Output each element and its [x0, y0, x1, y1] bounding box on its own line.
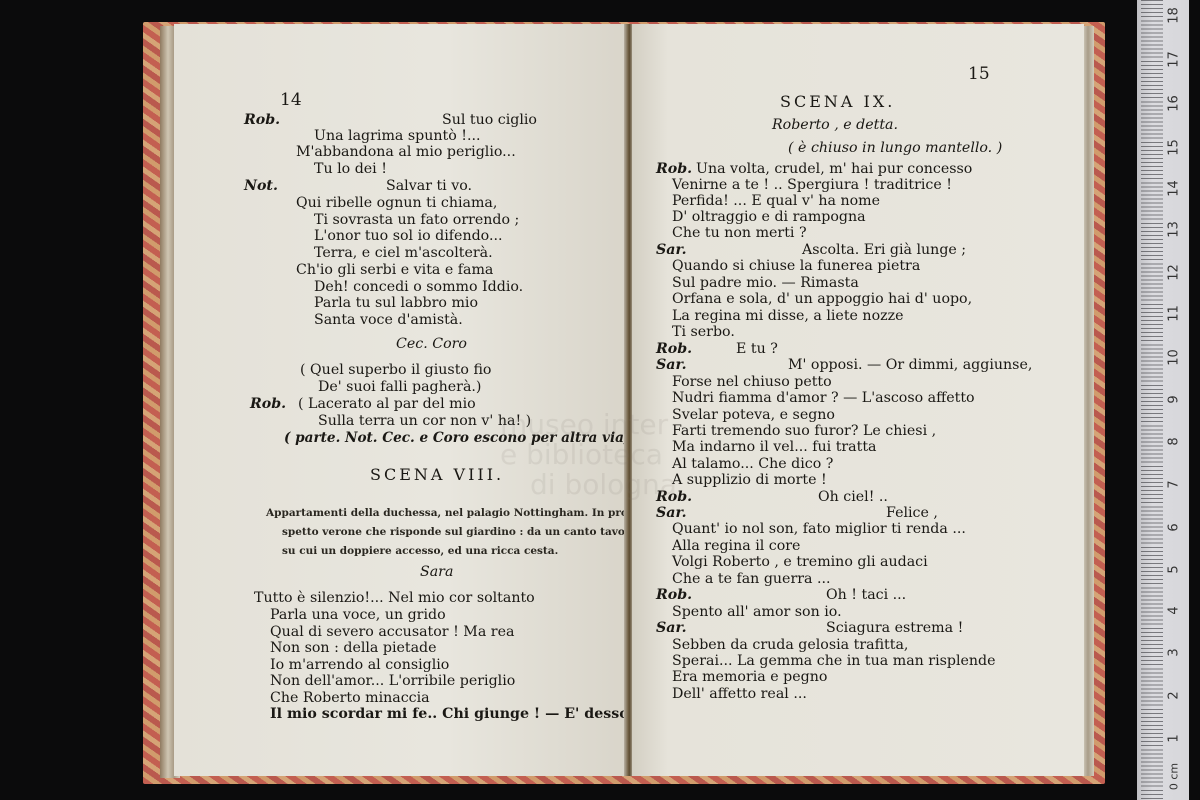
character-heading: Sara — [420, 564, 453, 580]
left-page: 14 Rob. Sul tuo ciglio Una lagrima spunt… — [174, 24, 626, 776]
verse-line: Spento all' amor son io. — [672, 604, 842, 620]
verse-line: Sebben da cruda gelosia trafitta, — [672, 637, 908, 653]
speaker-label: Rob. — [656, 587, 692, 603]
ruler-mark: 14 — [1167, 178, 1182, 200]
verse-line: Perfida! ... E qual v' ha nome — [672, 193, 880, 209]
scene-title: SCENA IX. — [780, 92, 895, 111]
watermark-line: di bologna — [500, 470, 800, 500]
scene-description-line: spetto verone che risponde sul giardino … — [282, 523, 639, 542]
verse-line: Ti serbo. — [672, 324, 735, 340]
ruler-mark: 3 — [1167, 642, 1182, 664]
scene-characters: Roberto , e detta. — [772, 117, 898, 133]
speaker-label: Sar. — [656, 357, 687, 373]
page-number: 14 — [280, 90, 302, 110]
verse-line: Quando si chiuse la funerea pietra — [672, 258, 920, 274]
measuring-ruler: 18 17 16 15 14 13 12 11 10 9 8 7 6 5 4 3… — [1137, 0, 1189, 800]
ruler-mark: 15 — [1167, 137, 1182, 159]
verse-line: Una lagrima spuntò !... — [314, 128, 481, 144]
verse-line: Dell' affetto real ... — [672, 686, 807, 702]
verse-line: Il mio scordar mi fe.. Chi giunge ! — E'… — [270, 706, 629, 722]
verse-line: Qual di severo accusator ! Ma rea — [270, 624, 514, 640]
verse-line: Santa voce d'amistà. — [314, 312, 463, 328]
verse-line: Parla tu sul labbro mio — [314, 295, 478, 311]
verse-line: Venirne a te ! .. Spergiura ! traditrice… — [672, 177, 952, 193]
verse-line: L'onor tuo sol io difendo... — [314, 228, 503, 244]
scene-description-line: su cui un doppiere accesso, ed una ricca… — [282, 542, 558, 561]
speaker-label: Rob. — [656, 341, 692, 357]
speaker-label: Sar. — [656, 620, 687, 636]
verse-line: Che tu non merti ? — [672, 225, 807, 241]
ruler-mark: 1 — [1167, 728, 1182, 750]
verse-line: Orfana e sola, d' un appoggio hai d' uop… — [672, 291, 972, 307]
verse-line: Ch'io gli serbi e vita e fama — [296, 262, 493, 278]
verse-line: Forse nel chiuso petto — [672, 374, 832, 390]
verse-line: ( Lacerato al par del mio — [298, 396, 476, 412]
ruler-mark: 13 — [1167, 219, 1182, 241]
character-heading: Cec. Coro — [396, 336, 467, 352]
ruler-mark: 12 — [1167, 262, 1182, 284]
verse-line: D' oltraggio e di rampogna — [672, 209, 866, 225]
verse-line: Nudri fiamma d'amor ? — L'ascoso affetto — [672, 390, 975, 406]
verse-line: Volgi Roberto , e tremino gli audaci — [672, 554, 928, 570]
verse-line: ( Quel superbo il giusto fio — [300, 362, 491, 378]
watermark-line: museo inter — [500, 410, 800, 440]
ruler-ticks — [1141, 0, 1163, 800]
ruler-mark: 10 — [1167, 347, 1182, 369]
watermark-line: e biblioteca — [500, 440, 800, 470]
speaker-label: Sar. — [656, 242, 687, 258]
verse-line: Ti sovrasta un fato orrendo ; — [314, 212, 519, 228]
speaker-label: Sar. — [656, 505, 687, 521]
stage-direction: ( è chiuso in lungo mantello. ) — [788, 140, 1002, 156]
ruler-mark: 8 — [1167, 431, 1182, 453]
scene-description-line: Appartamenti della duchessa, nel palagio… — [266, 504, 632, 523]
verse-line: Felice , — [886, 505, 938, 521]
speaker-label: Not. — [244, 178, 278, 194]
verse-line: Parla una voce, un grido — [270, 607, 446, 623]
verse-line: M'abbandona al mio periglio... — [296, 144, 516, 160]
speaker-label: Rob. — [250, 396, 286, 412]
verse-line: Terra, e ciel m'ascolterà. — [314, 245, 493, 261]
ruler-mark: 16 — [1167, 93, 1182, 115]
verse-line: Oh ! taci ... — [826, 587, 906, 603]
ruler-mark: 18 — [1167, 5, 1182, 27]
verse-line: Non son : della pietade — [270, 640, 437, 656]
verse-line: Oh ciel! .. — [818, 489, 888, 505]
speaker-label: Rob. — [656, 161, 692, 177]
ruler-mark: 5 — [1167, 559, 1182, 581]
verse-line: Io m'arrendo al consiglio — [270, 657, 449, 673]
verse-line: Sul tuo ciglio — [442, 112, 537, 128]
ruler-mark: 6 — [1167, 517, 1182, 539]
verse-line: Che Roberto minaccia — [270, 690, 430, 706]
verse-line: Qui ribelle ognun ti chiama, — [296, 195, 497, 211]
verse-line: Deh! concedi o sommo Iddio. — [314, 279, 523, 295]
verse-line: Alla regina il core — [672, 538, 800, 554]
verse-line: Che a te fan guerra ... — [672, 571, 831, 587]
verse-line: M' opposi. — Or dimmi, aggiunse, — [788, 357, 1032, 373]
verse-line: Salvar ti vo. — [386, 178, 472, 194]
verse-line: De' suoi falli pagherà.) — [318, 379, 481, 395]
ruler-mark: 17 — [1167, 49, 1182, 71]
watermark: museo inter e biblioteca di bologna — [500, 410, 800, 500]
verse-line: Era memoria e pegno — [672, 669, 827, 685]
ruler-unit-label: 0 cm — [1168, 760, 1181, 794]
verse-line: Ascolta. Eri già lunge ; — [802, 242, 966, 258]
right-page: 15 SCENA IX. Roberto , e detta. ( è chiu… — [632, 24, 1084, 776]
page-number: 15 — [968, 64, 990, 84]
verse-line: Quant' io nol son, fato miglior ti renda… — [672, 521, 966, 537]
ruler-mark: 11 — [1167, 303, 1182, 325]
verse-line: Tutto è silenzio!... Nel mio cor soltant… — [254, 590, 535, 606]
verse-line: Sperai... La gemma che in tua man risple… — [672, 653, 996, 669]
ruler-mark: 7 — [1167, 474, 1182, 496]
verse-line: E tu ? — [736, 341, 778, 357]
ruler-mark: 4 — [1167, 600, 1182, 622]
verse-line: Sciagura estrema ! — [826, 620, 963, 636]
verse-line: Una volta, crudel, m' hai pur concesso — [696, 161, 972, 177]
verse-line: La regina mi disse, a liete nozze — [672, 308, 903, 324]
verse-line: Sul padre mio. — Rimasta — [672, 275, 859, 291]
ruler-mark: 2 — [1167, 685, 1182, 707]
speaker-label: Rob. — [244, 112, 280, 128]
verse-line: Non dell'amor... L'orribile periglio — [270, 673, 515, 689]
ruler-mark: 9 — [1167, 389, 1182, 411]
scene-title: SCENA VIII. — [370, 465, 504, 484]
verse-line: Tu lo dei ! — [314, 161, 387, 177]
